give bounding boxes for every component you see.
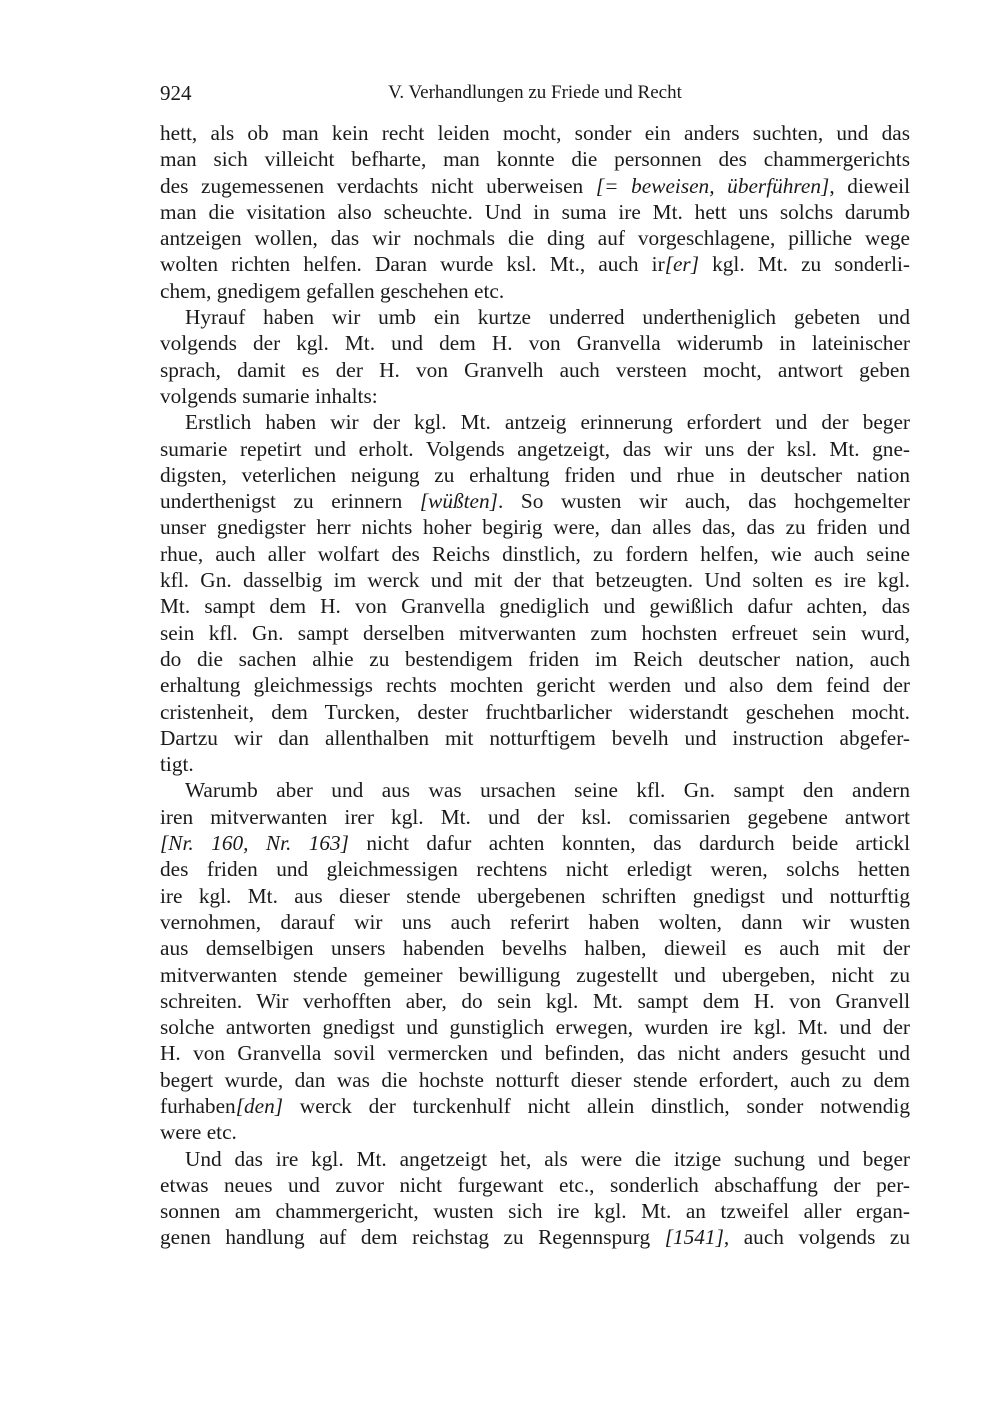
text-segment: cristenheit, dem Turcken, dester fruchtb… <box>160 700 910 724</box>
text-segment: volgends der kgl. Mt. und dem H. von Gra… <box>160 331 910 355</box>
text-line: schreiten. Wir verhofften aber, do sein … <box>160 988 910 1014</box>
text-segment: Dartzu wir dan allenthalben mit notturft… <box>160 726 910 750</box>
text-line: vernohmen, darauf wir uns auch referirt … <box>160 909 910 935</box>
text-line: erhaltung gleichmessigs rechts mochten g… <box>160 672 910 698</box>
text-segment: rhue, auch aller wolfart des Reichs dins… <box>160 542 910 566</box>
text-line: volgends der kgl. Mt. und dem H. von Gra… <box>160 330 910 356</box>
text-line: Mt. sampt dem H. von Granvella gnediglic… <box>160 593 910 619</box>
text-segment: des friden und gleichmessigen rechtens n… <box>160 857 910 881</box>
text-line: Dartzu wir dan allenthalben mit notturft… <box>160 725 910 751</box>
text-line: wolten richten helfen. Daran wurde ksl. … <box>160 251 910 277</box>
text-segment: nicht dafur achten konnten, das dardurch… <box>349 831 910 855</box>
document-page: 924 V. Verhandlungen zu Friede und Recht… <box>0 0 1004 1418</box>
text-line: solche antworten gnedigst und gunstiglic… <box>160 1014 910 1040</box>
text-segment: furhaben <box>160 1094 236 1118</box>
text-segment: Und das ire kgl. Mt. angetzeigt het, als… <box>185 1147 910 1171</box>
text-segment: man die visitation also scheuchte. Und i… <box>160 200 910 224</box>
text-segment: werck der turckenhulf nicht allein dinst… <box>283 1094 910 1118</box>
text-line: Und das ire kgl. Mt. angetzeigt het, als… <box>160 1146 910 1172</box>
text-segment: Hyrauf haben wir umb ein kurtze underred… <box>185 305 910 329</box>
text-segment: sumarie repetirt und erholt. Volgends an… <box>160 437 910 461</box>
text-segment: etwas neues und zuvor nicht furgewant et… <box>160 1173 910 1197</box>
text-segment: kgl. Mt. zu sonderli- <box>699 252 910 276</box>
text-segment: solche antworten gnedigst und gunstiglic… <box>160 1015 910 1039</box>
text-segment: antzeigen wollen, das wir nochmals die d… <box>160 226 910 250</box>
text-line: sprach, damit es der H. von Granvelh auc… <box>160 357 910 383</box>
text-segment: kfl. Gn. dasselbig im werck und mit der … <box>160 568 910 592</box>
text-line: mitverwanten stende gemeiner bewilligung… <box>160 962 910 988</box>
text-line: furhaben[den] werck der turckenhulf nich… <box>160 1093 910 1119</box>
text-segment: . So wusten wir auch, das hochgemelter <box>498 489 910 513</box>
text-segment: iren mitverwanten irer kgl. Mt. und der … <box>160 805 910 829</box>
text-line: were etc. <box>160 1119 910 1145</box>
text-line: cristenheit, dem Turcken, dester fruchtb… <box>160 699 910 725</box>
text-segment: , dieweil <box>829 174 910 198</box>
text-line: des zugemessenen verdachts nicht uberwei… <box>160 173 910 199</box>
text-line: antzeigen wollen, das wir nochmals die d… <box>160 225 910 251</box>
text-line: kfl. Gn. dasselbig im werck und mit der … <box>160 567 910 593</box>
text-line: H. von Granvella sovil vermercken und be… <box>160 1040 910 1066</box>
text-segment: Erstlich haben wir der kgl. Mt. antzeig … <box>185 410 910 434</box>
text-segment: vernohmen, darauf wir uns auch referirt … <box>160 910 910 934</box>
text-segment: erhaltung gleichmessigs rechts mochten g… <box>160 673 910 697</box>
text-segment: sprach, damit es der H. von Granvelh auc… <box>160 358 910 382</box>
text-line: underthenigst zu erinnern [wüßten]. So w… <box>160 488 910 514</box>
text-segment: aus demselbigen unsers habenden bevelhs … <box>160 936 910 960</box>
text-line: unser gnedigster herr nichts hoher begir… <box>160 514 910 540</box>
running-title: V. Verhandlungen zu Friede und Recht <box>160 78 910 108</box>
text-segment: , auch volgends zu <box>724 1225 910 1249</box>
text-line: man die visitation also scheuchte. Und i… <box>160 199 910 225</box>
text-line: sonnen am chammergericht, wusten sich ir… <box>160 1198 910 1224</box>
text-line: do die sachen alhie zu bestendigem fride… <box>160 646 910 672</box>
editorial-note: [Nr. 160, Nr. 163] <box>160 831 349 855</box>
editorial-note: [= beweisen, überführen] <box>596 174 830 198</box>
text-segment: tigt. <box>160 752 194 776</box>
text-line: [Nr. 160, Nr. 163] nicht dafur achten ko… <box>160 830 910 856</box>
text-line: Warumb aber und aus was ursachen seine k… <box>160 777 910 803</box>
text-segment: Mt. sampt dem H. von Granvella gnediglic… <box>160 594 910 618</box>
text-line: des friden und gleichmessigen rechtens n… <box>160 856 910 882</box>
text-line: etwas neues und zuvor nicht furgewant et… <box>160 1172 910 1198</box>
text-segment: H. von Granvella sovil vermercken und be… <box>160 1041 910 1065</box>
text-segment: begert wurde, dan was die hochste nottur… <box>160 1068 910 1092</box>
editorial-note: [er] <box>665 252 699 276</box>
text-line: begert wurde, dan was die hochste nottur… <box>160 1067 910 1093</box>
text-segment: unser gnedigster herr nichts hoher begir… <box>160 515 910 539</box>
text-segment: underthenigst zu erinnern <box>160 489 420 513</box>
text-segment: ire kgl. Mt. aus dieser stende ubergeben… <box>160 884 910 908</box>
text-line: volgends sumarie inhalts: <box>160 383 910 409</box>
running-head: 924 V. Verhandlungen zu Friede und Recht <box>160 78 910 108</box>
text-line: ire kgl. Mt. aus dieser stende ubergeben… <box>160 883 910 909</box>
text-segment: do die sachen alhie zu bestendigem fride… <box>160 647 910 671</box>
text-segment: schreiten. Wir verhofften aber, do sein … <box>160 989 910 1013</box>
text-line: sein kfl. Gn. sampt derselben mitverwant… <box>160 620 910 646</box>
text-segment: wolten richten helfen. Daran wurde ksl. … <box>160 252 665 276</box>
text-segment: Warumb aber und aus was ursachen seine k… <box>185 778 910 802</box>
editorial-note: [den] <box>236 1094 283 1118</box>
text-segment: sonnen am chammergericht, wusten sich ir… <box>160 1199 910 1223</box>
editorial-note: [1541] <box>665 1225 724 1249</box>
text-line: rhue, auch aller wolfart des Reichs dins… <box>160 541 910 567</box>
text-segment: man sich villeicht befharte, man konnte … <box>160 147 910 171</box>
text-line: Hyrauf haben wir umb ein kurtze underred… <box>160 304 910 330</box>
text-line: chem, gnedigem gefallen geschehen etc. <box>160 278 910 304</box>
text-line: digsten, veterlichen neigung zu erhaltun… <box>160 462 910 488</box>
text-line: man sich villeicht befharte, man konnte … <box>160 146 910 172</box>
editorial-note: [wüßten] <box>420 489 498 513</box>
text-line: iren mitverwanten irer kgl. Mt. und der … <box>160 804 910 830</box>
text-line: tigt. <box>160 751 910 777</box>
text-line: sumarie repetirt und erholt. Volgends an… <box>160 436 910 462</box>
text-segment: hett, als ob man kein recht leiden mocht… <box>160 121 910 145</box>
body-text: hett, als ob man kein recht leiden mocht… <box>160 120 910 1251</box>
text-segment: digsten, veterlichen neigung zu erhaltun… <box>160 463 910 487</box>
text-segment: sein kfl. Gn. sampt derselben mitverwant… <box>160 621 910 645</box>
text-segment: volgends sumarie inhalts: <box>160 384 378 408</box>
text-segment: mitverwanten stende gemeiner bewilligung… <box>160 963 910 987</box>
text-segment: genen handlung auf dem reichstag zu Rege… <box>160 1225 665 1249</box>
text-segment: were etc. <box>160 1120 237 1144</box>
text-segment: des zugemessenen verdachts nicht uberwei… <box>160 174 596 198</box>
text-line: Erstlich haben wir der kgl. Mt. antzeig … <box>160 409 910 435</box>
text-segment: chem, gnedigem gefallen geschehen etc. <box>160 279 504 303</box>
text-line: aus demselbigen unsers habenden bevelhs … <box>160 935 910 961</box>
text-line: hett, als ob man kein recht leiden mocht… <box>160 120 910 146</box>
text-line: genen handlung auf dem reichstag zu Rege… <box>160 1224 910 1250</box>
